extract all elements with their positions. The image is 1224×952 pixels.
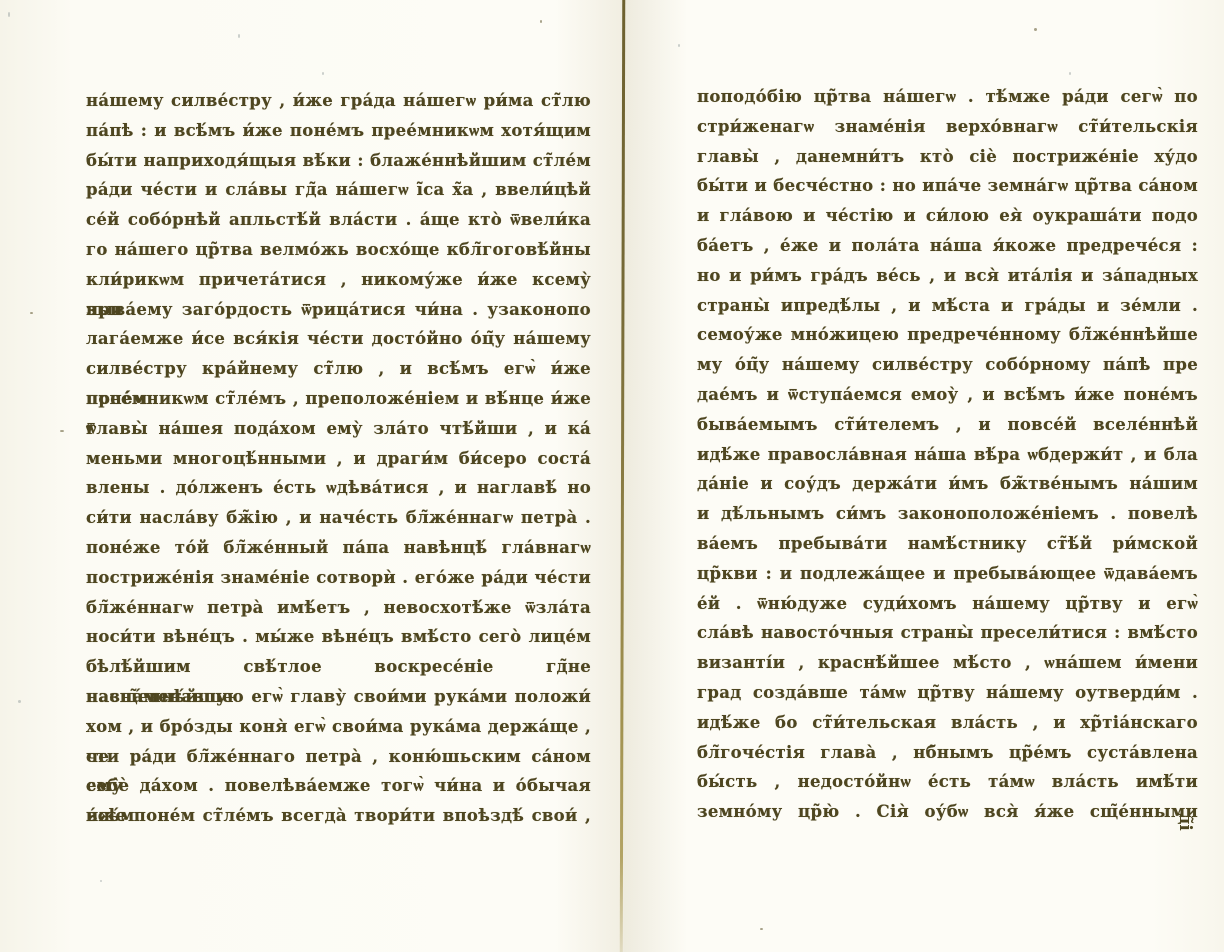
text-line: и гла́вою и че́стію и си́лою ея̀ оукраша… (697, 201, 1198, 231)
text-line: земно́му цр̃ю̀ . Сія̀ оу́бѡ вся̀ я́же сщ… (697, 797, 1198, 827)
text-line: го на́шего цр̃тва велмо́жь восхо́ще кбл̃… (86, 235, 591, 265)
text-line: бы́ти и бесче́стно : но ипа́че земна́гѡ … (697, 171, 1198, 201)
text-line: ба́етъ , е́же и пола́та на́ша я́коже пре… (697, 231, 1198, 261)
text-line: страны̀ ипредѣ́лы , и мѣ́ста и гра́ды и … (697, 291, 1198, 321)
text-line: си́ти насла́ву бж̃ію , и наче́сть бл̃же́… (86, 503, 591, 533)
text-line: бы́ти наприходя́щыя вѣ́ки : блаже́ннѣйши… (86, 146, 591, 176)
text-line: па́пѣ : и всѣ́мъ и́же поне́мъ прее́мникѡ… (86, 116, 591, 146)
text-line: бл̃гоче́стія глава̀ , нб̃нымъ цр̃е́мъ су… (697, 738, 1198, 768)
text-line: дае́мъ и ѿступа́емся емоу̀ , и всѣ́мъ и́… (697, 380, 1198, 410)
book-spread-scan: на́шему силве́стру , и́же гра́да на́шегѡ… (0, 0, 1224, 952)
text-line: постриже́нія знаме́ніе сотворѝ . его́же … (86, 563, 591, 593)
paper-speck (1034, 28, 1037, 31)
text-line: поне́же то́й бл̃же́нный па́па навѣнцѣ́ г… (86, 533, 591, 563)
paper-speck (322, 72, 324, 75)
paper-speck (1069, 72, 1071, 75)
text-line: византі́и , краснѣ́йшее мѣ́сто , ѡна́шем… (697, 648, 1198, 678)
text-line: стри́женагѡ знаме́нія верхо́внагѡ ст̃и́т… (697, 112, 1198, 142)
text-line: сти ра́ди бл̃же́ннаго петра̀ , коню́шьск… (86, 742, 591, 772)
text-line: цр̃кви : и подлежа́щее и пребыва́ющее ѿд… (697, 559, 1198, 589)
text-line: на́шему силве́стру , и́же гра́да на́шегѡ… (86, 86, 591, 116)
paper-speck (60, 430, 64, 432)
text-line: себѐ да́хом . повелѣва́емже тогѡ̀ чи́на … (86, 771, 591, 801)
text-line: бл̃же́ннагѡ петра̀ имѣ́етъ , невосхотѣ́ж… (86, 593, 591, 623)
paper-speck (18, 700, 21, 703)
binding-gutter-line (620, 0, 625, 952)
text-line: зыва́ему заго́рдость ѿрица́тися чи́на . … (86, 295, 591, 325)
text-line: да́ніе и соу́дъ держа́ти и́мъ бж̃тве́ным… (697, 469, 1198, 499)
text-line: главы̀ , данемни́тъ кто̀ сіѐ постриже́ні… (697, 142, 1198, 172)
text-line: лага́емже и́се вся́кія че́сти досто́йно … (86, 324, 591, 354)
quire-signature-mark: д̃і (1155, 805, 1195, 839)
text-line: но и ри́мъ гра́дъ ве́сь , и вся̀ ита́лія… (697, 261, 1198, 291)
text-line: прее́мникѡм ст̃ле́мъ , преположе́ніем и … (86, 384, 591, 414)
text-line: ра́ди че́сти и сла́вы гд̃а на́шегѡ і̃са … (86, 175, 591, 205)
text-line: семоу́же мно́жицею предрече́нному бл̃же́… (697, 320, 1198, 350)
paper-speck (100, 880, 102, 882)
text-line: бѣлѣ́йшим свѣ́тлое воскресе́ніе гд̃не на… (86, 652, 591, 682)
text-line: носи́ти вѣне́цъ . мы́же вѣне́цъ вмѣ́сто … (86, 622, 591, 652)
paper-speck (540, 20, 542, 23)
text-line: поподо́бію цр̃тва на́шегѡ . тѣ́мже ра́ди… (697, 82, 1198, 112)
paper-speck (238, 34, 240, 38)
paper-speck (8, 12, 10, 17)
text-line: меньми многоцѣ́нными , и драги́м би́серо… (86, 444, 591, 474)
left-page-text-block: на́шему силве́стру , и́же гра́да на́шегѡ… (86, 86, 591, 831)
text-line: быва́емымъ ст̃и́телемъ , и повсе́й вселе… (697, 410, 1198, 440)
text-line: е́й . ѿню́дуже суди́хомъ на́шему цр̃тву … (697, 589, 1198, 619)
paper-speck (678, 44, 680, 47)
text-line: се́й собо́рнѣй апльстѣ́й вла́сти . а́ще … (86, 205, 591, 235)
text-line: идѣ́же бо ст̃и́тельская вла́сть , и хр̃т… (697, 708, 1198, 738)
right-page-text-block: поподо́бію цр̃тва на́шегѡ . тѣ́мже ра́ди… (697, 82, 1198, 827)
paper-speck (30, 312, 33, 314)
text-line: му о́ц̃у на́шему силве́стру собо́рному п… (697, 350, 1198, 380)
text-line: ва́емъ пребыва́ти намѣ́стнику ст̃ѣ́й ри́… (697, 529, 1198, 559)
text-line: кли́рикѡм причета́тися , никому́же и́же … (86, 265, 591, 295)
text-line: хом , и бро́зды коня̀ егѡ̀ свои́ма рука́… (86, 712, 591, 742)
text-line: и́же поне́м ст̃ле́мъ всегда̀ твори́ти вп… (86, 801, 591, 831)
text-line: силве́стру кра́йнему ст̃лю , и всѣ́мъ ег… (86, 354, 591, 384)
text-line: бы́сть , недосто́йнѡ е́сть та́мѡ вла́сть… (697, 767, 1198, 797)
text-line: идѣ́же правосла́вная на́ша вѣ́ра ѡбдержи… (697, 440, 1198, 470)
text-line: главы̀ на́шея пода́хом ему̀ зла́то чтѣ́й… (86, 414, 591, 444)
paper-speck (760, 928, 763, 930)
text-line: град созда́вше та́мѡ цр̃тву на́шему оутв… (697, 678, 1198, 708)
text-line: сла́вѣ навосто́чныя страны̀ пресели́тися… (697, 618, 1198, 648)
text-line: и дѣ́льнымъ си́мъ законоположе́ніемъ . п… (697, 499, 1198, 529)
text-line: насщ̃еннѣ́йшую егѡ̀ главу̀ свои́ми рука́… (86, 682, 591, 712)
text-line: влены . до́лженъ е́сть ѡдѣва́тися , и на… (86, 473, 591, 503)
